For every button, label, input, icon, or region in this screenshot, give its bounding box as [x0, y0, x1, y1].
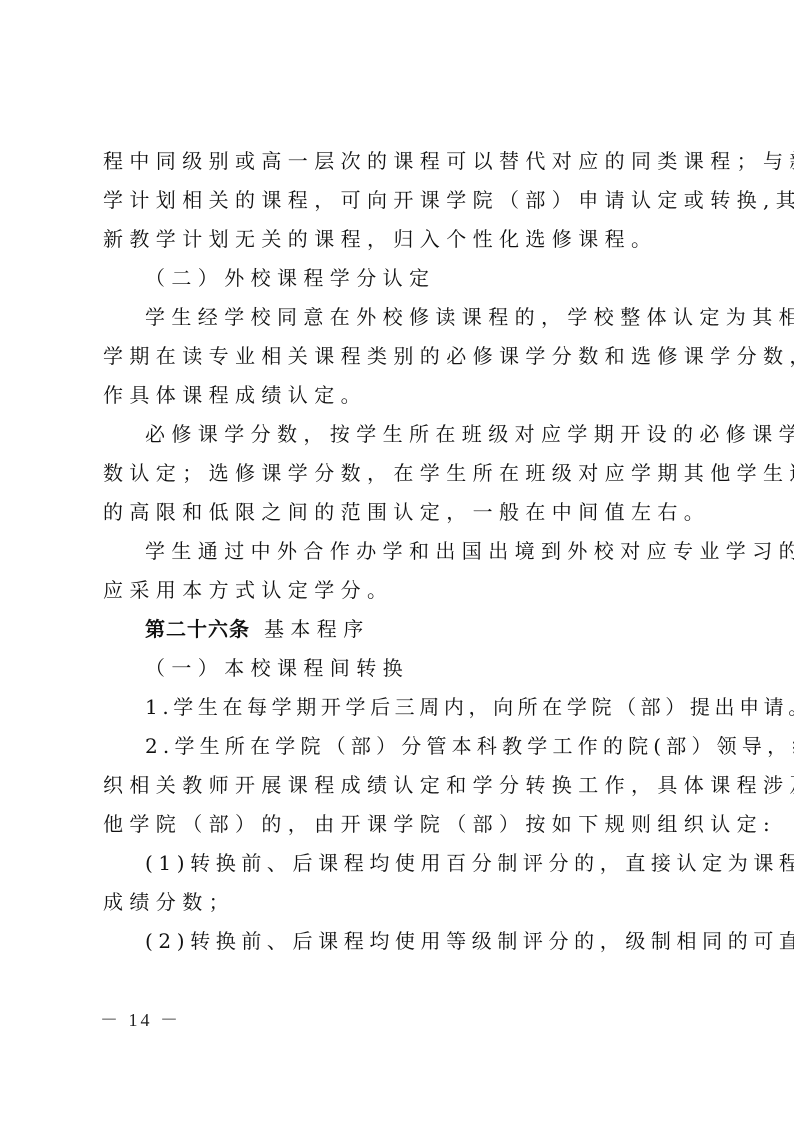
document-page: 程中同级别或高一层次的课程可以替代对应的同类课程；与新教 学计划相关的课程，可向… [103, 142, 693, 961]
text-line: 学生通过中外合作办学和出国出境到外校对应专业学习的， [103, 532, 693, 571]
text-line: 他学院（部）的，由开课学院（部）按如下规则组织认定: [103, 805, 693, 844]
text-line: 必修课学分数，按学生所在班级对应学期开设的必修课学分 [103, 415, 693, 454]
text-line: 织相关教师开展课程成绩认定和学分转换工作，具体课程涉及其 [103, 766, 693, 805]
text-line: 程中同级别或高一层次的课程可以替代对应的同类课程；与新教 [103, 142, 693, 181]
text-line: (1)转换前、后课程均使用百分制评分的，直接认定为课程总 [103, 844, 693, 883]
text-line: 成绩分数； [103, 883, 693, 922]
text-line: 的高限和低限之间的范围认定，一般在中间值左右。 [103, 493, 693, 532]
text-line: 新教学计划无关的课程，归入个性化选修课程。 [103, 220, 693, 259]
text-line: 应采用本方式认定学分。 [103, 571, 693, 610]
text-line: 1.学生在每学期开学后三周内，向所在学院（部）提出申请。 [103, 688, 693, 727]
text-line: 作具体课程成绩认定。 [103, 376, 693, 415]
article-title: 基本程序 [264, 617, 370, 641]
text-line: (2)转换前、后课程均使用等级制评分的，级制相同的可直接 [103, 922, 693, 961]
text-line: 学生经学校同意在外校修读课程的，学校整体认定为其相应 [103, 298, 693, 337]
page-number: － 14 － [100, 1006, 181, 1032]
section-subheading: （一）本校课程间转换 [103, 649, 693, 688]
article-heading: 第二十六条基本程序 [103, 610, 693, 649]
section-subheading: （二）外校课程学分认定 [103, 259, 693, 298]
text-line: 2.学生所在学院（部）分管本科教学工作的院(部）领导，组 [103, 727, 693, 766]
text-line: 学期在读专业相关课程类别的必修课学分数和选修课学分数，不 [103, 337, 693, 376]
text-line: 数认定；选修课学分数，在学生所在班级对应学期其他学生选修 [103, 454, 693, 493]
text-line: 学计划相关的课程，可向开课学院（部）申请认定或转换,其他与 [103, 181, 693, 220]
article-number: 第二十六条 [145, 617, 250, 641]
